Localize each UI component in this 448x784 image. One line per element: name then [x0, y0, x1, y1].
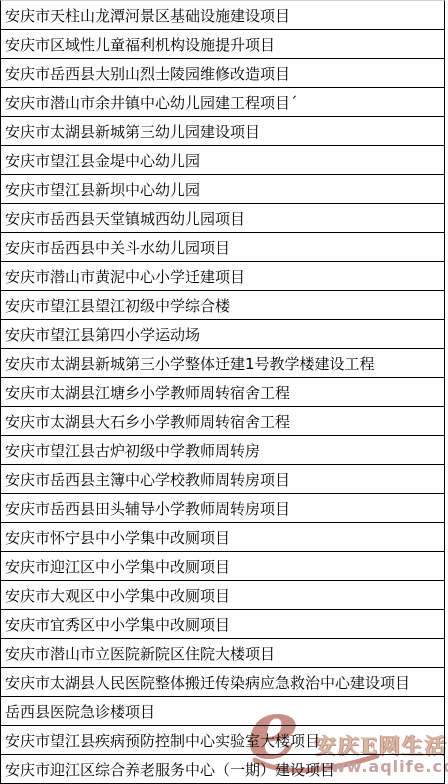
project-name: 安庆市宜秀区中小学集中改厕项目 [5, 614, 230, 635]
table-row: 安庆市岳西县田头辅导小学教师周转房项目 [1, 494, 444, 523]
project-name: 安庆市潜山市立医院新院区住院大楼项目 [5, 643, 275, 664]
project-name: 安庆市迎江区中小学集中改厕项目 [5, 556, 230, 577]
project-name: 安庆市潜山市黄泥中心小学迁建项目 [5, 266, 245, 287]
project-name: 安庆市岳西县田头辅导小学教师周转房项目 [5, 498, 290, 519]
project-name: 安庆市太湖县新城第三小学整体迁建1号教学楼建设工程 [5, 353, 375, 374]
project-name: 安庆市太湖县人民医院整体搬迁传染病应急救治中心建设项目 [5, 672, 410, 693]
project-name: 安庆市怀宁县中小学集中改厕项目 [5, 527, 230, 548]
table-row: 安庆市迎江区中小学集中改厕项目 [1, 552, 444, 581]
table-row: 安庆市潜山市立医院新院区住院大楼项目 [1, 639, 444, 668]
project-name: 安庆市太湖县大石乡小学教师周转宿舍工程 [5, 411, 290, 432]
table-row: 安庆市潜山市余井镇中心幼儿园建工程项目´ [1, 88, 444, 117]
table-row: 安庆市太湖县人民医院整体搬迁传染病应急救治中心建设项目 [1, 668, 444, 697]
table-row: 安庆市望江县疾病预防控制中心实验室大楼项目 [1, 726, 444, 755]
project-name: 安庆市迎江区综合养老服务中心（一期）建设项目 [5, 759, 335, 780]
table-row: 安庆市大观区中小学集中改厕项目 [1, 581, 444, 610]
project-name: 安庆市太湖县江塘乡小学教师周转宿舍工程 [5, 382, 290, 403]
table-row: 安庆市望江县新坝中心幼儿园 [1, 175, 444, 204]
project-name: 安庆市岳西县中关斗水幼儿园项目 [5, 237, 230, 258]
table-row: 安庆市太湖县大石乡小学教师周转宿舍工程 [1, 407, 444, 436]
table-row: 安庆市天柱山龙潭河景区基础设施建设项目 [1, 1, 444, 30]
table-row: 安庆市望江县金堤中心幼儿园 [1, 146, 444, 175]
table-row: 安庆市岳西县中关斗水幼儿园项目 [1, 233, 444, 262]
project-name: 安庆市区域性儿童福利机构设施提升项目 [5, 34, 275, 55]
project-table: 安庆市天柱山龙潭河景区基础设施建设项目 安庆市区域性儿童福利机构设施提升项目 安… [0, 0, 445, 784]
project-name: 安庆市天柱山龙潭河景区基础设施建设项目 [5, 5, 290, 26]
project-name: 安庆市大观区中小学集中改厕项目 [5, 585, 230, 606]
table-row: 安庆市宜秀区中小学集中改厕项目 [1, 610, 444, 639]
project-name: 安庆市望江县第四小学运动场 [5, 324, 200, 345]
project-name: 安庆市望江县望江初级中学综合楼 [5, 295, 230, 316]
table-row: 安庆市太湖县新城第三小学整体迁建1号教学楼建设工程 [1, 349, 444, 378]
table-row: 岳西县医院急诊楼项目 [1, 697, 444, 726]
table-row: 安庆市岳西县大别山烈士陵园维修改造项目 [1, 59, 444, 88]
project-name: 安庆市望江县新坝中心幼儿园 [5, 179, 200, 200]
table-row: 安庆市太湖县新城第三幼儿园建设项目 [1, 117, 444, 146]
project-name: 岳西县医院急诊楼项目 [5, 701, 155, 722]
table-row: 安庆市望江县第四小学运动场 [1, 320, 444, 349]
project-name: 安庆市潜山市余井镇中心幼儿园建工程项目´ [5, 92, 298, 113]
table-row: 安庆市岳西县主簿中心学校教师周转房项目 [1, 465, 444, 494]
table-row: 安庆市望江县望江初级中学综合楼 [1, 291, 444, 320]
project-name: 安庆市望江县古炉初级中学教师周转房 [5, 440, 260, 461]
project-name: 安庆市岳西县天堂镇城西幼儿园项目 [5, 208, 245, 229]
table-row: 安庆市望江县古炉初级中学教师周转房 [1, 436, 444, 465]
project-name: 安庆市岳西县大别山烈士陵园维修改造项目 [5, 63, 290, 84]
project-name: 安庆市望江县疾病预防控制中心实验室大楼项目 [5, 730, 320, 751]
table-row: 安庆市潜山市黄泥中心小学迁建项目 [1, 262, 444, 291]
project-name: 安庆市太湖县新城第三幼儿园建设项目 [5, 121, 260, 142]
project-name: 安庆市岳西县主簿中心学校教师周转房项目 [5, 469, 290, 490]
table-row: 安庆市岳西县天堂镇城西幼儿园项目 [1, 204, 444, 233]
project-name: 安庆市望江县金堤中心幼儿园 [5, 150, 200, 171]
table-row: 安庆市迎江区综合养老服务中心（一期）建设项目 [1, 755, 444, 784]
table-row: 安庆市怀宁县中小学集中改厕项目 [1, 523, 444, 552]
table-row: 安庆市太湖县江塘乡小学教师周转宿舍工程 [1, 378, 444, 407]
table-row: 安庆市区域性儿童福利机构设施提升项目 [1, 30, 444, 59]
